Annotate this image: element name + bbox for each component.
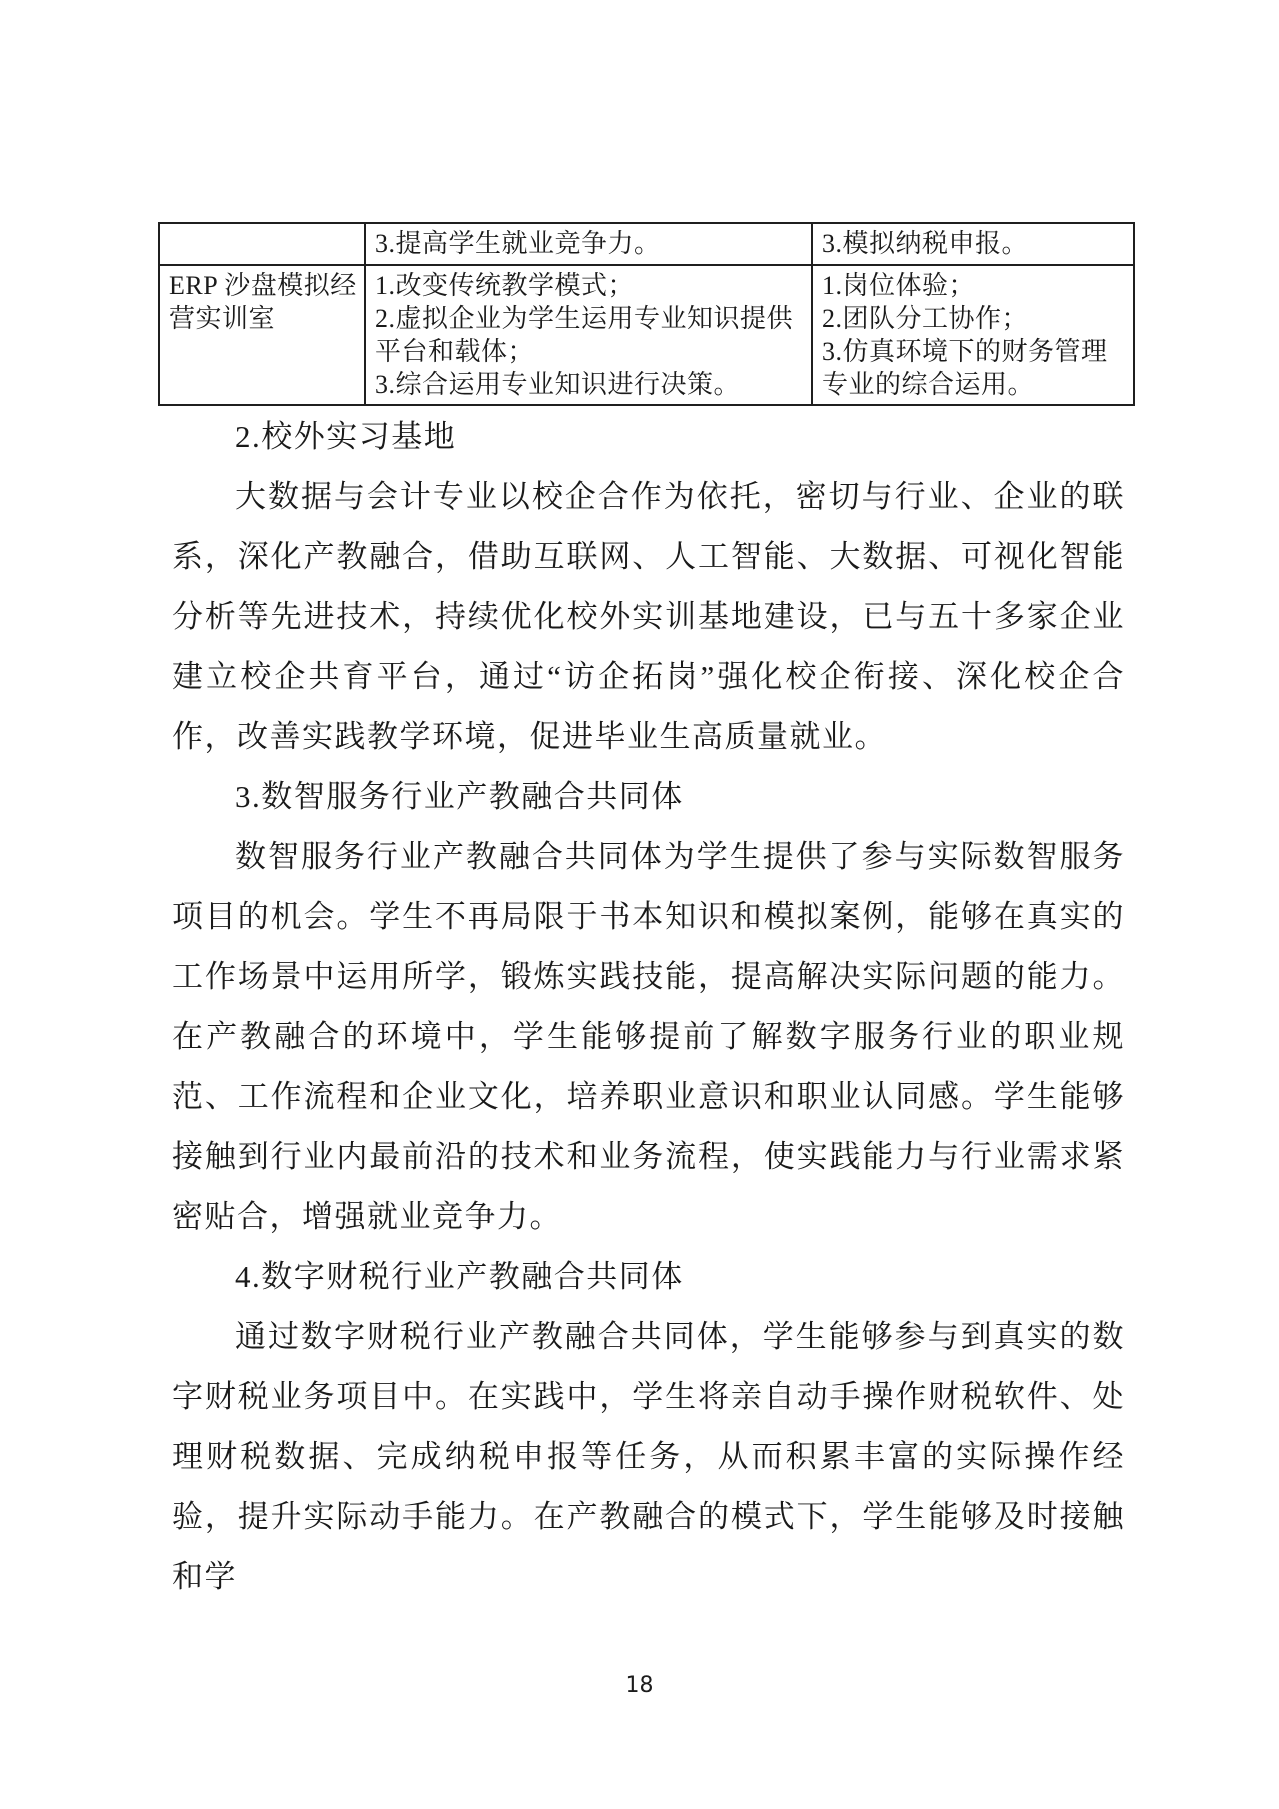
section-heading-digital-service: 3.数智服务行业产教融合共同体 bbox=[172, 767, 1125, 827]
table-cell-room-empty bbox=[159, 223, 365, 265]
list-item: 1.岗位体验； bbox=[822, 269, 1127, 302]
section-heading-offcampus: 2.校外实习基地 bbox=[172, 407, 1125, 467]
table-cell-practice-points: 1.岗位体验； 2.团队分工协作； 3.仿真环境下的财务管理专业的综合运用。 bbox=[812, 265, 1134, 405]
table-row-erp: ERP 沙盘模拟经营实训室 1.改变传统教学模式； 2.虚拟企业为学生运用专业知… bbox=[159, 265, 1134, 405]
paragraph-offcampus: 大数据与会计专业以校企合作为依托，密切与行业、企业的联系，深化产教融合，借助互联… bbox=[172, 467, 1125, 767]
list-item: 2.虚拟企业为学生运用专业知识提供平台和载体； bbox=[375, 302, 805, 368]
list-item: 2.团队分工协作； bbox=[822, 302, 1127, 335]
page-number: 18 bbox=[0, 1673, 1279, 1698]
table-cell-teaching-points: 1.改变传统教学模式； 2.虚拟企业为学生运用专业知识提供平台和载体； 3.综合… bbox=[365, 265, 812, 405]
table-cell-room-name: ERP 沙盘模拟经营实训室 bbox=[159, 265, 365, 405]
list-item: 3.仿真环境下的财务管理专业的综合运用。 bbox=[822, 335, 1127, 401]
paragraph-digital-service: 数智服务行业产教融合共同体为学生提供了参与实际数智服务项目的机会。学生不再局限于… bbox=[172, 827, 1125, 1247]
table-cell-teaching-point: 3.提高学生就业竞争力。 bbox=[365, 223, 812, 265]
paragraph-digital-tax: 通过数字财税行业产教融合共同体，学生能够参与到真实的数字财税业务项目中。在实践中… bbox=[172, 1307, 1125, 1607]
list-item: 3.综合运用专业知识进行决策。 bbox=[375, 368, 805, 401]
document-page: 3.提高学生就业竞争力。 3.模拟纳税申报。 ERP 沙盘模拟经营实训室 1.改… bbox=[0, 0, 1279, 1809]
table-cell-practice-point: 3.模拟纳税申报。 bbox=[812, 223, 1134, 265]
document-body: 2.校外实习基地 大数据与会计专业以校企合作为依托，密切与行业、企业的联系，深化… bbox=[172, 407, 1125, 1607]
section-heading-digital-tax: 4.数字财税行业产教融合共同体 bbox=[172, 1247, 1125, 1307]
list-item: 1.改变传统教学模式； bbox=[375, 269, 805, 302]
training-rooms-table: 3.提高学生就业竞争力。 3.模拟纳税申报。 ERP 沙盘模拟经营实训室 1.改… bbox=[158, 222, 1135, 406]
table-row-continuation: 3.提高学生就业竞争力。 3.模拟纳税申报。 bbox=[159, 223, 1134, 265]
